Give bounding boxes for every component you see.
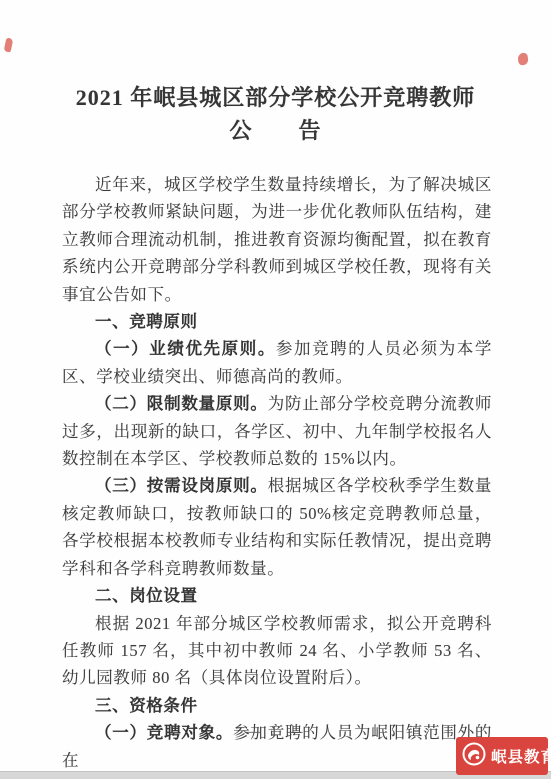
title-line-1: 2021 年岷县城区部分学校公开竞聘教师 <box>0 84 551 112</box>
minxian-education-watermark-badge: 岷县教育 <box>456 737 548 775</box>
document-body: 近年来，城区学校学生数量持续增长，为了解决城区部分学校教师紧缺问题，为进一步优化… <box>0 171 551 774</box>
item-lead: （三）按需设岗原则。 <box>95 476 268 495</box>
section-2-paragraph: 根据 2021 年部分城区学校教师需求，拟公开竞聘科任教师 157 名，其中初中… <box>62 610 492 692</box>
section-1-heading: 一、竞聘原则 <box>62 308 492 335</box>
title-line-2: 公 告 <box>0 117 551 145</box>
section-2-heading: 二、岗位设置 <box>62 582 492 609</box>
section-1-item-2: （二）限制数量原则。为防止部分学校竞聘分流教师过多，出现新的缺口，各学区、初中、… <box>62 390 492 472</box>
section-1-item-1: （一）业绩优先原则。参加竞聘的人员必须为本学区、学校业绩突出、师德高尚的教师。 <box>62 335 492 390</box>
item-lead: （一）业绩优先原则。 <box>95 339 276 358</box>
section-1-item-3: （三）按需设岗原则。根据城区各学校秋季学生数量核定教师缺口，按教师缺口的 50%… <box>62 472 492 582</box>
document-title: 2021 年岷县城区部分学校公开竞聘教师 公 告 <box>0 0 551 145</box>
item-lead: （二）限制数量原则。 <box>95 394 268 413</box>
watermark-label: 岷县教育 <box>491 745 551 767</box>
section-3-heading: 三、资格条件 <box>62 692 492 719</box>
minxian-education-logo-icon <box>461 741 487 772</box>
intro-paragraph: 近年来，城区学校学生数量持续增长，为了解决城区部分学校教师紧缺问题，为进一步优化… <box>62 171 492 308</box>
scanned-document-page: 2021 年岷县城区部分学校公开竞聘教师 公 告 近年来，城区学校学生数量持续增… <box>0 0 551 779</box>
